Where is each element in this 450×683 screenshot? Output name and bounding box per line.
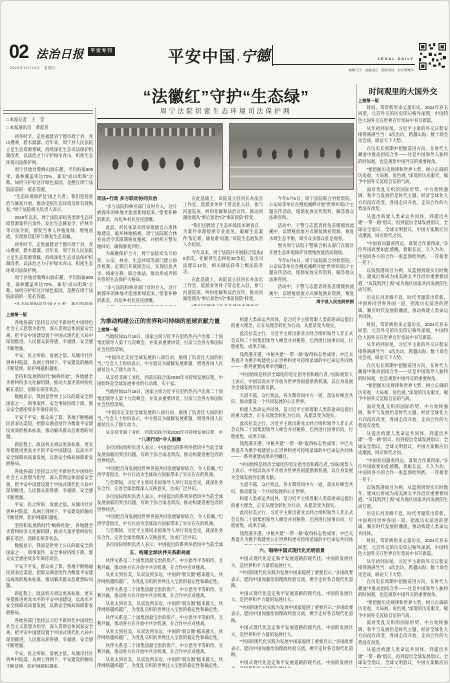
body-paragraph: 此次拉美之行，习近平主席出席亚太经合组织领导人非正式会议和二十国集团领导人峰会并… [231,421,353,440]
body-paragraph: 图为周宁法院干警联合相关部门在辖区开展生态环境保护及增殖放流活动现场。 [269,243,354,256]
byline-correspondent: □ 本报通讯员 黄起青 [6,124,93,132]
body-paragraph: “中国把自身发展同世界各国共同发展紧密结合，令人钦佩。”巴西学者指出，中方行动为… [97,514,223,527]
headline-rule [97,118,355,119]
center-article-column-c: 构建人类命运共同体，是习近平主席着眼人类前途命运提出的重大理念，正在从理念转化为… [231,317,353,668]
body-paragraph: 以钱凯港项目为例，从蓝图到现实历时数年，建成后将成为南美洲太平洋沿岸重要枢纽港，… [358,268,448,294]
photo-bridge-inspection [229,123,354,190]
body-paragraph: 各地各部门坚持以习近平新时代中国特色社会主义思想为指导，深入贯彻总体国家安全观，… [6,320,93,352]
center-article-column-b: 当地时间11月18日，国家主席习近平在里约热内卢出席二十国集团领导人第十九次峰会… [97,334,223,668]
body-paragraph: 今年6月5日，周宁法院联合县检察院、公安局等单位在鲤鱼溪畔开展“世界环境日”主题… [269,196,354,222]
body-paragraph: “多亏法院和林业部门及时介入，这片被毁坏的林地才能重新绿起来。”望着补种的新苗，… [97,285,177,304]
main-article-lead-column: 初冬时节，走进福建省宁德市周宁县，青山叠翠，碧水潺潺。近年来，周宁县人民法院立足… [6,134,93,305]
body-paragraph: 周宁县地处鹫峰山脉东麓，平均海拔800米，森林覆盖率达72%，素有“高山明珠”之… [6,275,93,301]
body-paragraph: “要把握历史规律和世界大势，树立正确的历史观、大局观、角色观。”深邃的历史眼光，… [358,383,448,402]
body-paragraph: 新征程上，政法机关将以更高标准、更实举措推进更高水平的平安中国建设，以高水平安全… [6,591,93,617]
body-paragraph: 与会期间，习近平主席同多国领导人举行双边会见，就深化务实合作、完善全球治理深入交… [97,528,223,541]
paper-masthead: 法治日报 [36,46,84,62]
body-paragraph: 时间，常常被用来丈量历史。2024年岁末回望，元首外交的历史印记格外深刻，中国特… [358,105,448,124]
section-banner: 平安中国 · 宁德 [168,44,270,67]
body-paragraph: 活动中，干警与志愿者将鱼苗缓缓放流溪中，以增殖放流方式修复渔业资源，恢复水域生态… [269,284,354,298]
center-article-headline: 为推动构建公正的世界和可持续的星球贡献力量 [97,316,223,325]
edition-badge: 平安专刊 [88,47,115,56]
main-subtitle: 周宁法院织密生态环境司法保护网 [97,106,355,115]
staff-credits: 编辑/王宇 美编/高岳 组版/孙欣 校对/陈维华 [290,67,414,72]
body-paragraph: “要把握历史规律和世界大势，树立正确的历史观、大局观、角色观。”深邃的历史眼光，… [358,167,448,186]
body-paragraph: 大道不孤，众行致远。各方期待同中方一道，落实好峰会共识，推动建设一个共同发展的公… [231,482,353,495]
banner-region: 宁德 [240,44,270,67]
body-paragraph: 构建人类命运共同体，是习近平主席着眼人类前途命运提出的重大理念，正在从理念转化为… [231,496,353,509]
continued-marker-left: 上接第一版 [6,312,27,318]
byline: □ 本报记者 王 莹 □ 本报通讯员 黄起青 [6,116,93,131]
body-paragraph: 为凝聚保护合力，周宁法院牵头与检察、公安、林业、生态环境等部门建立协作机制，定期… [97,251,177,283]
body-paragraph: “中国的现代化实践为发展中国家提供了重要启示。”多国政要表示，愿同中国加强治国理… [231,605,353,624]
photo-fish-release [97,123,223,190]
qr-code-icon [419,43,446,70]
main-article-column-3: 今年6月5日，周宁法院联合县检察院、公安局等单位在鲤鱼溪畔开展“世界环境日”主题… [269,196,354,298]
body-paragraph: 时间，常常被用来丈量历史。2024年岁末回望，元首外交的历史印记格外深刻，中国特… [358,322,448,341]
body-paragraph: 与会期间，习近平主席同多国领导人举行双边会见，就深化务实合作、完善全球治理深入交… [97,480,223,493]
banner-title: 平安中国 [168,44,236,67]
body-paragraph: 伙伴关系是二十国集团最宝贵的资产。中方倡导平等相待、互利共赢，推动各方在开放中共… [97,615,223,628]
main-article-column-1: 司法+行政 多方联动协同共治 “多亏法院和林业部门及时介入，这片被毁坏的林地才能… [97,196,177,306]
photo-banner [105,128,215,136]
column-text: “多亏法院和林业部门及时介入，这片被毁坏的林地才能重新绿起来。”望着补种的新苗，… [97,204,177,306]
body-paragraph: 在历史长周期中把握前进方向，在时代大潮流中推动团结合作——这是中国领导人独特的时… [358,579,448,598]
body-paragraph: 从年初到岁尾，习近平主席的外交日程安排得满满当当：4次出访，跨越山海；数十场会见… [358,126,448,145]
body-paragraph: 从亚太到拉美，从双边到多边，中国的“朋友圈”越来越大，伙伴网络越织越广，为变乱交… [97,601,223,614]
body-paragraph: 从提出构建人类命运共同体，到提出共建“一带一路”倡议，再到提出全球发展倡议、全球… [358,214,448,240]
header-horizontal-rule [272,64,415,65]
body-paragraph: 钱凯港开港，中秘共建“一带一路”取得标志性成果；中巴关系提升为携手构建更公正世界… [231,441,353,460]
body-paragraph: “我们还聘请了生态环境技术调查官，为案件审理提供专业意见，破解生态案件‘鉴定难、… [183,304,263,306]
body-paragraph: 此次拉美之行，习近平主席出席亚太经合组织领导人非正式会议和二十国集团领导人峰会并… [231,331,353,350]
body-paragraph: 钱凯港开港，中秘共建“一带一路”取得标志性成果；中巴关系提升为携手构建更公正世界… [231,531,353,545]
body-paragraph: 今年以来，周宁法院共开展联合巡查20余次，化解涉生态纠纷30余起，发出司法建议1… [183,250,263,276]
body-paragraph: “要把握历史规律和世界大势，树立正确的历史观、大局观、角色观。”深邃的历史眼光，… [358,600,448,619]
body-paragraph: “生态环境保护是‘国之大者’。我们坚持惩治与修复并重，推动受损生态环境及时有效恢… [6,302,93,305]
column-text: 中国式现代化是走和平发展道路的现代化。中国的发展壮大，是世界和平力量的发展壮大。… [231,556,353,668]
body-paragraph: 初冬时节，走进福建省宁德市周宁县，青山叠翠，碧水潺潺。近年来，周宁县人民法院立足… [6,242,93,274]
body-paragraph: 在历史长周期中把握前进方向，在时代大潮流中推动团结合作——这是中国领导人独特的时… [358,146,448,165]
body-paragraph: 从亚太到拉美，从双边到多边，中国的“朋友圈”越来越大，伙伴网络越织越广，为变乱交… [97,572,223,585]
body-paragraph: 平安不平安，群众说了算。各地不断畅通民意表达渠道，把群众满意度作为衡量平安建设成… [6,415,93,441]
body-paragraph: 从年初到岁尾，习近平主席的外交日程安排得满满当当：4次出访，跨越山海；数十场会见… [358,559,448,578]
body-paragraph: 以钱凯港项目为例，从蓝图到现实历时数年，建成后将成为南美洲太平洋沿岸重要枢纽港，… [358,485,448,511]
page-number: 02 [9,42,28,64]
body-paragraph: “中国始终是经济全球化的坚定倡导者和践行者。”国际观察人士表示，中国以高水平开放… [231,462,353,481]
body-paragraph: 各地各部门坚持以习近平新时代中国特色社会主义思想为指导，深入贯彻总体国家安全观，… [6,469,93,501]
photo-credit: 周宁县人民法院供图 [269,299,354,305]
main-headline: “法徽红”守护“生态绿” [97,84,355,107]
body-paragraph: “中国决定支持全球发展的八项行动，展现了负责任大国的担当。”与会人士纷纷表示，中… [97,355,223,374]
body-paragraph: 平安，民之所盼、发展之基。从城市社区到乡村院落，从网上到网下，平安建设的触角不断… [6,353,93,372]
body-paragraph: 面对变乱交织的国际形势，中方始终强调，和平与发展仍是时代主题，经济全球化大方向没… [358,620,448,646]
column-text: 构建人类命运共同体，是习近平主席着眼人类前途命运提出的重大理念，正在从理念转化为… [231,317,353,545]
byline-rule-bottom [3,113,93,114]
body-paragraph: 伙伴关系是二十国集团最宝贵的资产。中方倡导平等相待、互利共赢，推动各方在开放中共… [97,587,223,600]
body-paragraph: 数据显示，我国是世界上公认的最安全的国家之一，刑事案件、安全事故持续下降，群众安… [6,394,93,413]
column-text: 当地时间11月18日，国家主席习近平在里约热内卢出席二十国集团领导人第十九次峰会… [97,334,223,434]
body-paragraph: 当地时间11月18日，国家主席习近平在里约热内卢出席二十国集团领导人第十九次峰会… [97,389,223,408]
body-paragraph: 平安不平安，群众说了算。各地不断畅通民意表达渠道，把群众满意度作为衡量平安建设成… [6,564,93,590]
dateline: 2024年11月24日 星期日 [10,66,56,71]
body-paragraph: “多亏法院和林业部门及时介入，这片被毁坏的林地才能重新绿起来。”望着补种的新苗，… [97,204,177,223]
body-paragraph: “中国把自身发展同世界各国共同发展紧密结合，令人钦佩。”巴西学者指出，中方行动为… [97,466,223,479]
column-text: 多位国际组织负责人表示，中国提出的系列举措切中当前全球发展面临的突出问题，有助于… [97,445,223,547]
body-paragraph: “中国看问题看得远，谋划合作谋得深。”多位外国政要如此感慨。着眼长远、久久为功，… [358,241,448,267]
continued-marker-right: 上接第一版 [358,98,379,104]
body-paragraph: 坚持和发展新时代“枫桥经验”，各地健全矛盾纠纷多元化解机制，推动大量矛盾纠纷化解… [6,523,93,542]
body-paragraph: 从支持非洲工业化，到落实联合国2030年可持续发展议程，中国始终是全球发展事业的… [97,375,223,388]
body-paragraph: 中国式现代化是走和平发展道路的现代化。中国的发展壮大，是世界和平力量的发展壮大。 [231,591,353,604]
body-paragraph: 多位国际组织负责人表示，中国提出的系列举措切中当前全球发展面临的突出问题，有助于… [97,445,223,464]
body-paragraph: 各地各部门坚持以习近平新时代中国特色社会主义思想为指导，深入贯彻总体国家安全观，… [6,618,93,650]
column-rule-left [95,108,96,668]
numbered-subhead-six: 六、唱响中国式现代化光明前景 [231,545,353,556]
body-paragraph: 新征程上，政法机关将以更高标准、更实举措推进更高水平的平安中国建设，以高水平安全… [6,442,93,468]
english-name: LEGAL DAILY [330,57,414,61]
body-paragraph: 中国式现代化是走和平发展道路的现代化。中国的发展壮大，是世界和平力量的发展壮大。 [231,660,353,668]
body-paragraph: 今年6月5日，周宁法院联合县检察院、公安局等单位在鲤鱼溪畔开展“世界环境日”主题… [269,258,354,284]
column-rule-right [356,84,357,668]
header-vertical-divider [272,45,273,66]
newspaper-page: 02 法治日报 平安专刊 2024年11月24日 星期日 平安中国 · 宁德 L… [0,0,450,683]
body-paragraph: 中国式现代化是走和平发展道路的现代化。中国的发展壮大，是世界和平力量的发展壮大。 [231,625,353,638]
body-paragraph: 此前，村民张某未经审批擅自占用林地建房，破坏林地植被。周宁法院联合林业局责令其限… [97,225,177,251]
body-paragraph: 构建人类命运共同体，是习近平主席着眼人类前途命运提出的重大理念，正在从理念转化为… [231,407,353,420]
body-paragraph: “生态环境保护是‘国之大者’。我们坚持惩治与修复并重，推动受损生态环境及时有效恢… [6,194,93,213]
body-paragraph: 从提出构建人类命运共同体，到提出共建“一带一路”倡议，再到提出全球发展倡议、全球… [358,647,448,668]
body-paragraph: 历史长河奔腾不息，时代考题常出常新。中国将同世界各国一道，把准历史前进的逻辑、顺… [358,295,448,321]
body-paragraph: 面对变乱交织的国际形势，中方始终强调，和平与发展仍是时代主题，经济全球化大方向没… [358,187,448,213]
body-paragraph: 伙伴关系是二十国集团最宝贵的资产。中方倡导平等相待、互利共赢，推动各方在开放中共… [97,558,223,571]
body-paragraph: 历史长河奔腾不息，时代考题常出常新。中国将同世界各国一道，把准历史前进的逻辑、顺… [358,511,448,537]
body-paragraph: 从年初到岁尾，习近平主席的外交日程安排得满满当当：4次出访，跨越山海；数十场会见… [358,342,448,361]
body-paragraph: 时间，常常被用来丈量历史。2024年岁末回望，元首外交的历史印记格外深刻，中国特… [358,538,448,557]
left-continued-column: 各地各部门坚持以习近平新时代中国特色社会主义思想为指导，深入贯彻总体国家安全观，… [6,320,93,668]
body-paragraph: 初冬时节，走进福建省宁德市周宁县，青山叠翠，碧水潺潺。近年来，周宁县人民法院立足… [6,134,93,166]
body-paragraph: 从亚太到拉美，从双边到多边，中国的“朋友圈”越来越大，伙伴网络越织越广，为变乱交… [97,657,223,668]
body-paragraph: “中国决定支持全球发展的八项行动，展现了负责任大国的担当。”与会人士纷纷表示，中… [97,410,223,429]
right-article-title: 时间观里的大国外交 [358,86,448,97]
body-paragraph: 平安，民之所盼、发展之基。从城市社区到乡村院落，从网上到网下，平安建设的触角不断… [6,502,93,521]
body-paragraph: 构建人类命运共同体，是习近平主席着眼人类前途命运提出的重大理念，正在从理念转化为… [231,317,353,330]
byline-reporter: □ 本报记者 王 莹 [6,116,93,124]
body-paragraph: 从亚太到拉美，从双边到多边，中国的“朋友圈”越来越大，伙伴网络越织越广，为变乱交… [97,629,223,642]
section-subhead: 司法+行政 多方联动协同共治 [97,196,177,204]
body-paragraph: 此前，村民张某未经审批擅自占用林地建房，破坏林地植被。周宁法院联合林业局责令其限… [97,305,177,306]
right-article-column: 时间，常常被用来丈量历史。2024年岁末回望，元首外交的历史印记格外深刻，中国特… [358,105,448,668]
body-paragraph: 大道不孤，众行致远。各方期待同中方一道，落实好峰会共识，推动建设一个共同发展的公… [231,393,353,406]
body-paragraph: 坚持和发展新时代“枫桥经验”，各地健全矛盾纠纷多元化解机制，推动大量矛盾纠纷化解… [6,374,93,393]
body-paragraph: 平安，民之所盼、发展之基。从城市社区到乡村院落，从网上到网下，平安建设的触角不断… [6,651,93,668]
body-paragraph: 钱凯港开港，中秘共建“一带一路”取得标志性成果；中巴关系提升为携手构建更公正世界… [231,352,353,371]
main-article-column-2: 在此基础上，该院设立驻河长办法官工作室，选派业务骨干常态化入驻，参与河道巡查、纠… [183,196,263,306]
body-paragraph: 周宁县地处鹫峰山脉东麓，平均海拔800米，森林覆盖率达72%，素有“高山明珠”之… [6,167,93,193]
body-paragraph: “中国的现代化实践为发展中国家提供了重要启示。”多国政要表示，愿同中国加强治国理… [231,639,353,658]
body-paragraph: 在此基础上，该院设立驻河长办法官工作室，选派业务骨干常态化入驻，参与河道巡查、纠… [183,277,263,303]
body-paragraph: 从提出构建人类命运共同体，到提出共建“一带一路”倡议，再到提出全球发展倡议、全球… [358,431,448,457]
body-paragraph: 多位国际组织负责人表示，中国提出的系列举措切中当前全球发展面临的突出问题，有助于… [97,494,223,513]
body-paragraph: 2019年以来，周宁法院审结各类涉生态环境资源案件百余件，发出生态修复令、护林令… [6,215,93,241]
numbered-subhead-five: 五、构建全球伙伴关系新局面 [97,547,223,558]
continued-marker-center: 上接第一版 [97,327,118,333]
body-paragraph: 在历史长周期中把握前进方向，在时代大潮流中推动团结合作——这是中国领导人独特的时… [358,363,448,382]
body-paragraph: 中国式现代化是走和平发展道路的现代化。中国的发展壮大，是世界和平力量的发展壮大。 [231,556,353,569]
quote-subhead: “八项行动”令人鼓舞 [97,434,223,445]
column-text: 伙伴关系是二十国集团最宝贵的资产。中方倡导平等相待、互利共赢，推动各方在开放中共… [97,558,223,668]
body-paragraph: “中国始终是经济全球化的坚定倡导者和践行者。”国际观察人士表示，中国以高水平开放… [231,372,353,391]
body-paragraph: “我们还聘请了生态环境技术调查官，为案件审理提供专业意见，破解生态案件‘鉴定难、… [183,223,263,249]
body-paragraph: 伙伴关系是二十国集团最宝贵的资产。中方倡导平等相待、互利共赢，推动各方在开放中共… [97,643,223,656]
body-paragraph: “中国看问题看得远，谋划合作谋得深。”多位外国政要如此感慨。着眼长远、久久为功，… [358,458,448,484]
body-paragraph: 数据显示，我国是世界上公认的最安全的国家之一，刑事案件、安全事故持续下降，群众安… [6,543,93,562]
body-paragraph: 面对变乱交织的国际形势，中方始终强调，和平与发展仍是时代主题，经济全球化大方向没… [358,404,448,430]
body-paragraph: 此次拉美之行，习近平主席出席亚太经合组织领导人非正式会议和二十国集团领导人峰会并… [231,510,353,529]
body-paragraph: 活动中，干警与志愿者将鱼苗缓缓放流溪中，以增殖放流方式修复渔业资源，恢复水域生态… [269,223,354,242]
body-paragraph: 在此基础上，该院设立驻河长办法官工作室，选派业务骨干常态化入驻，参与河道巡查、纠… [183,196,263,222]
body-paragraph: 当地时间11月18日，国家主席习近平在里约热内卢出席二十国集团领导人第十九次峰会… [97,334,223,353]
body-paragraph: “中国的现代化实践为发展中国家提供了重要启示。”多国政要表示，愿同中国加强治国理… [231,570,353,589]
byline-rule-top [3,110,93,111]
